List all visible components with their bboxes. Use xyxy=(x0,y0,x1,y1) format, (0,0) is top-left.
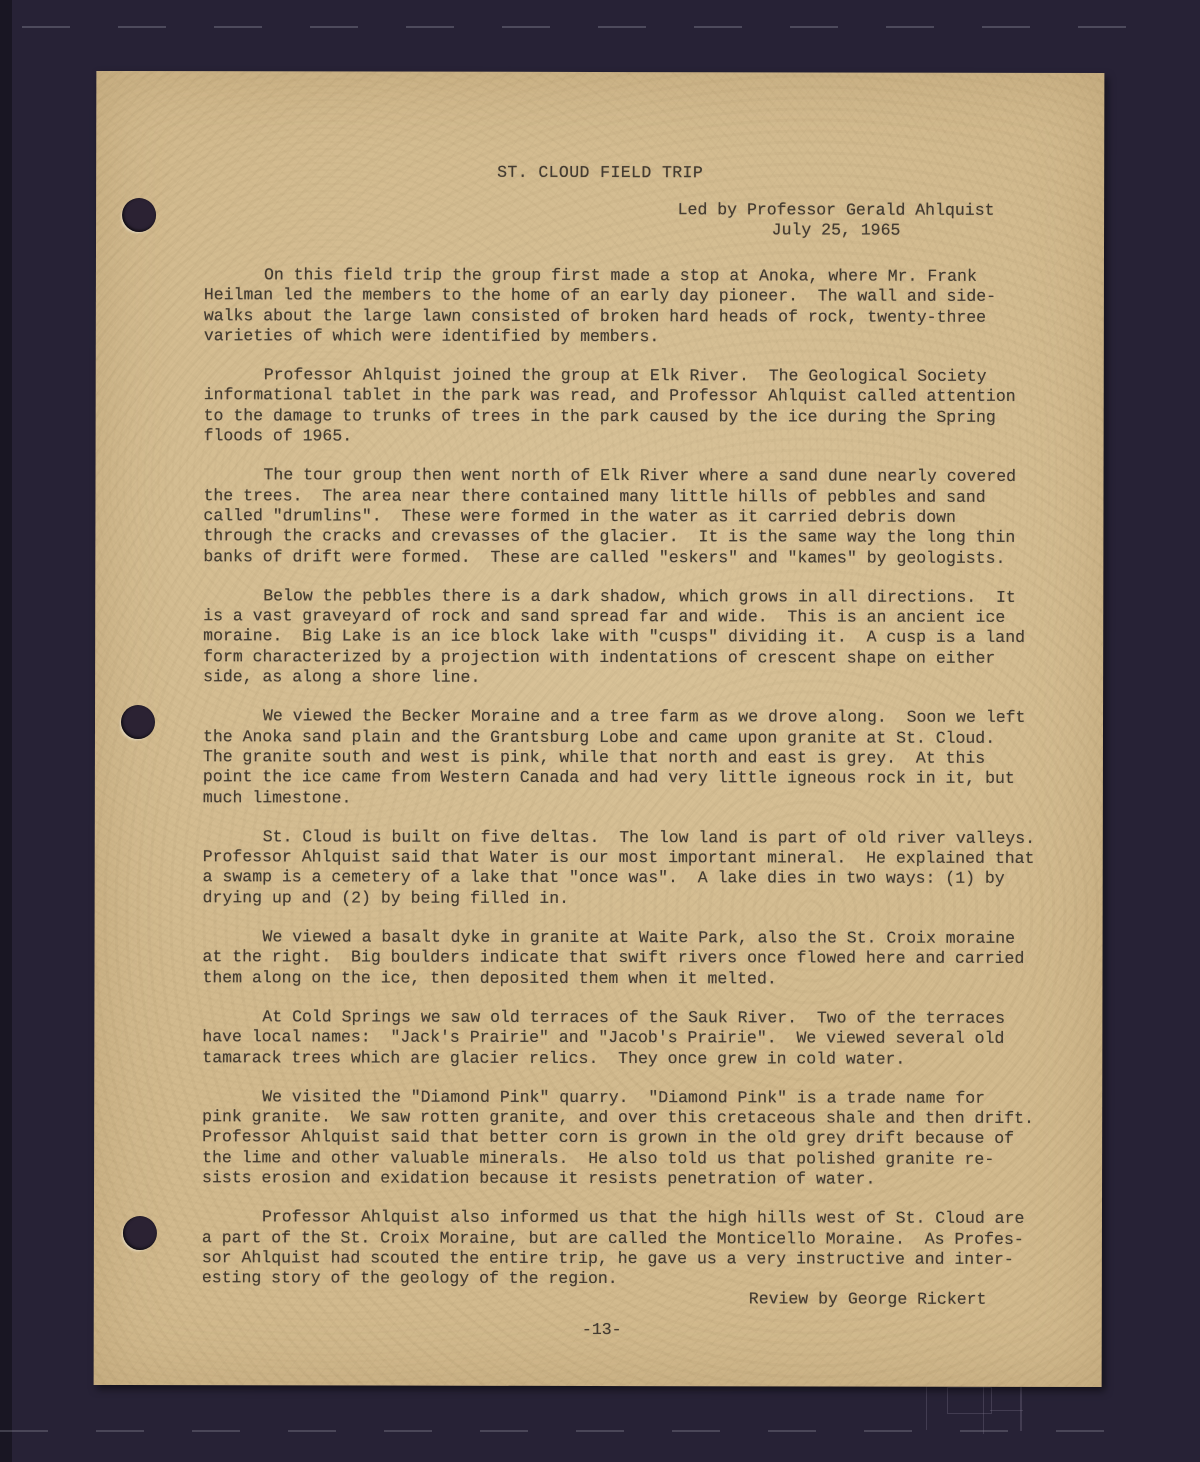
scan-artifact-line xyxy=(926,1384,927,1430)
scan-artifact-dashes-top xyxy=(22,26,1142,28)
scan-artifact-line xyxy=(983,1384,984,1434)
punch-hole-middle xyxy=(121,705,155,739)
paragraph-becker-moraine: We viewed the Becker Moraine and a tree … xyxy=(203,707,1073,810)
paragraph-five-deltas: St. Cloud is built on five deltas. The l… xyxy=(203,827,1073,910)
punch-hole-bottom xyxy=(123,1216,157,1250)
paragraph-drumlins: The tour group then went north of Elk Ri… xyxy=(203,466,1073,569)
paragraph-elk-river-tablet: Professor Ahlquist joined the group at E… xyxy=(204,365,1074,448)
paragraph-monticello-moraine: Professor Ahlquist also informed us that… xyxy=(202,1207,1072,1290)
byline: Led by Professor Gerald Ahlquist July 25… xyxy=(671,200,1001,241)
scan-edge-shadow xyxy=(0,0,12,1462)
document-body: On this field trip the group first made … xyxy=(202,265,1074,1341)
paragraph-cold-springs: At Cold Springs we saw old terraces of t… xyxy=(202,1007,1072,1070)
paragraph-anoka-stop: On this field trip the group first made … xyxy=(204,265,1074,348)
scan-artifact-line xyxy=(990,1410,1023,1411)
scan-artifact-dashes-bottom xyxy=(0,1430,1140,1432)
review-credit: Review by George Rickert xyxy=(749,1290,1072,1311)
paragraph-diamond-pink: We visited the "Diamond Pink" quarry. "D… xyxy=(202,1087,1072,1190)
byline-led-by: Led by Professor Gerald Ahlquist xyxy=(671,200,1001,221)
paragraph-waite-park: We viewed a basalt dyke in granite at Wa… xyxy=(202,927,1072,990)
scan-artifact-box xyxy=(947,1387,992,1414)
punch-hole-top xyxy=(122,198,156,232)
document-page: ST. CLOUD FIELD TRIP Led by Professor Ge… xyxy=(94,71,1105,1387)
byline-date: July 25, 1965 xyxy=(671,220,1001,241)
page-title: ST. CLOUD FIELD TRIP xyxy=(96,162,1104,183)
page-number: -13- xyxy=(202,1319,1072,1341)
scan-artifact-line xyxy=(1020,1387,1022,1431)
paragraph-ice-moraine: Below the pebbles there is a dark shadow… xyxy=(203,586,1073,689)
